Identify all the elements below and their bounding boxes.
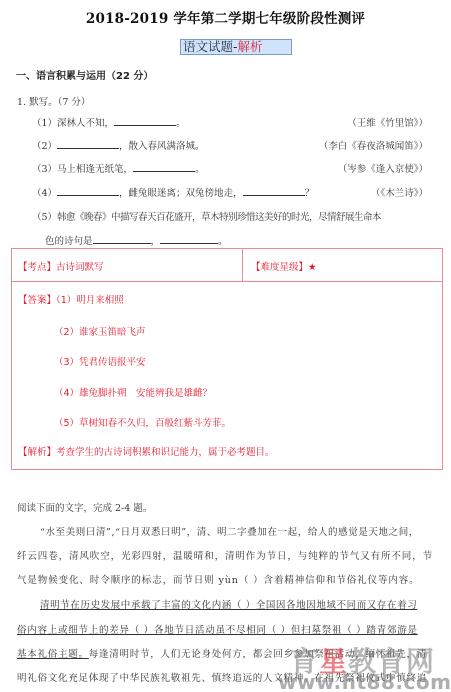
item-number: （5） — [32, 212, 57, 223]
answer-analysis-box: 【考点】古诗词默写 【难度星级】★ 【答案】（1）明月来相照 （2）谁家玉笛暗飞… — [11, 248, 443, 470]
answer-box-divider — [242, 249, 243, 282]
question-1-item-5-continued: 色的诗句是，。 — [45, 233, 228, 247]
difficulty-rating: 【难度星级】★ — [251, 259, 317, 273]
answer-label: 【答案】 — [18, 295, 56, 306]
item-text: 色的诗句是 — [45, 236, 93, 247]
answer-text: （1）明月来相照 — [56, 295, 124, 306]
passage-underlined-line-1: 清明节在历史发展中承载了丰富的文化内涵（ ）全国因各地因地域不同而又存在着习 — [40, 597, 417, 611]
question-1-item-1: （1）深林人不知，。 — [32, 115, 186, 129]
document-title: 2018-2019 学年第二学期七年级阶段性测评 — [0, 7, 451, 27]
question-1-item-2: （2），散入春风满洛城。 — [32, 138, 205, 152]
difficulty-label: 【难度星级】 — [251, 262, 308, 273]
section-heading: 一、语言积累与运用（22 分） — [16, 67, 153, 82]
answer-blank — [133, 163, 195, 172]
passage-line-4: 基本礼俗主题。每逢清明时节，人们无论身处何方，都会回乡参加祭祖活动，缅怀祖先，清 — [17, 646, 427, 660]
item-number: （2） — [32, 141, 57, 152]
answer-line-4: （4）雄兔脚扑朔 安能辨我是雄雌？ — [54, 385, 212, 399]
star-icon: ★ — [308, 262, 317, 273]
passage-line-5: 明礼俗文化充足体现了中华民族礼敬祖先、慎终追远的人文精神。在祖先祭祀仪式中慎终追 — [17, 670, 427, 684]
test-point: 【考点】古诗词默写 — [18, 259, 104, 273]
question-1-heading: 1. 默写。（7 分） — [17, 94, 90, 108]
answer-line-5: （5）草树知春不久归，百般红紫斗芳菲。 — [54, 415, 231, 429]
question-1-item-4: （4），雌兔眼迷离；双兔傍地走，？ — [32, 185, 314, 199]
analysis-text: 考查学生的古诗词积累和识记能力，属于必考题目。 — [56, 447, 275, 458]
item-number: （4） — [32, 188, 57, 199]
answer-blank — [57, 140, 119, 149]
subtitle-box: 语文试题-解析 — [180, 39, 292, 55]
item-1-source: （王维《竹里馆》） — [347, 115, 428, 129]
item-text: ， — [151, 236, 161, 247]
answer-blank — [114, 117, 176, 126]
item-text: ？ — [305, 188, 315, 199]
passage-underlined-line-3: 基本礼俗主题。 — [17, 649, 89, 660]
item-text: 韩愈《晚春》中描写春天百花盛开，草木特别珍惜这美好的时光，尽情舒展生命本 — [57, 212, 381, 223]
answer-blank — [93, 235, 151, 244]
question-1-item-5: （5）韩愈《晚春》中描写春天百花盛开，草木特别珍惜这美好的时光，尽情舒展生命本 — [32, 209, 381, 223]
answer-blank — [243, 187, 305, 196]
answer-line-3: （3）凭君传语报平安 — [54, 354, 146, 368]
item-text: 马上相逢无纸笔， — [57, 164, 133, 175]
item-text: 。 — [176, 118, 186, 129]
item-text: ，雌兔眼迷离；双兔傍地走， — [119, 188, 243, 199]
answer-blank — [57, 187, 119, 196]
test-point-label: 【考点】 — [18, 262, 56, 273]
item-4-source: （《木兰诗》） — [371, 185, 428, 199]
answer-line-1: 【答案】（1）明月来相照 — [18, 292, 124, 306]
passage-line-1: “水至美则曰清”,“日月双悉曰明”，清、明二字叠加在一起，给人的感觉是天地之间， — [40, 524, 419, 538]
item-3-source: （岑参《逢入京使》） — [338, 161, 428, 175]
subtitle-subject: 语文试题- — [183, 39, 238, 54]
passage-text: 每逢清明时节，人们无论身处何方，都会回乡参加祭祖活动，缅怀祖先，清 — [89, 649, 427, 660]
passage-underlined-line-2: 俗内容上或细节上的差异（ ）各地节日活动虽不尽相同（ ）但扫墓祭祖（ ）踏青郊游… — [17, 622, 418, 636]
passage-intro: 阅读下面的文字，完成 2-4 题。 — [17, 500, 152, 514]
item-text: 深林人不知， — [57, 118, 114, 129]
answer-line-2: （2）谁家玉笛暗飞声 — [54, 324, 146, 338]
item-text: ，散入春风满洛城。 — [119, 141, 205, 152]
item-number: （1） — [32, 118, 57, 129]
item-2-source: （李白《春夜洛城闻笛》） — [319, 138, 428, 152]
item-text: 。 — [218, 236, 228, 247]
analysis: 【解析】考查学生的古诗词积累和识记能力，属于必考题目。 — [18, 444, 275, 458]
question-1-item-3: （3）马上相逢无纸笔，。 — [32, 161, 205, 175]
answer-blank — [160, 235, 218, 244]
analysis-label: 【解析】 — [18, 447, 56, 458]
subtitle-analysis: 解析 — [238, 39, 263, 54]
item-text: 。 — [195, 164, 205, 175]
passage-line-3: 气是物候变化、时令顺序的标志，而节日则 yùn（ ）含着精神信仰和节俗礼仪等内容… — [17, 572, 420, 586]
passage-line-2: 纤云四卷，清风吹空，光彩四射，温暖晴和，清明作为节日，与纯粹的节气又有所不同，节 — [17, 548, 433, 562]
test-point-value: 古诗词默写 — [56, 262, 104, 273]
item-number: （3） — [32, 164, 57, 175]
